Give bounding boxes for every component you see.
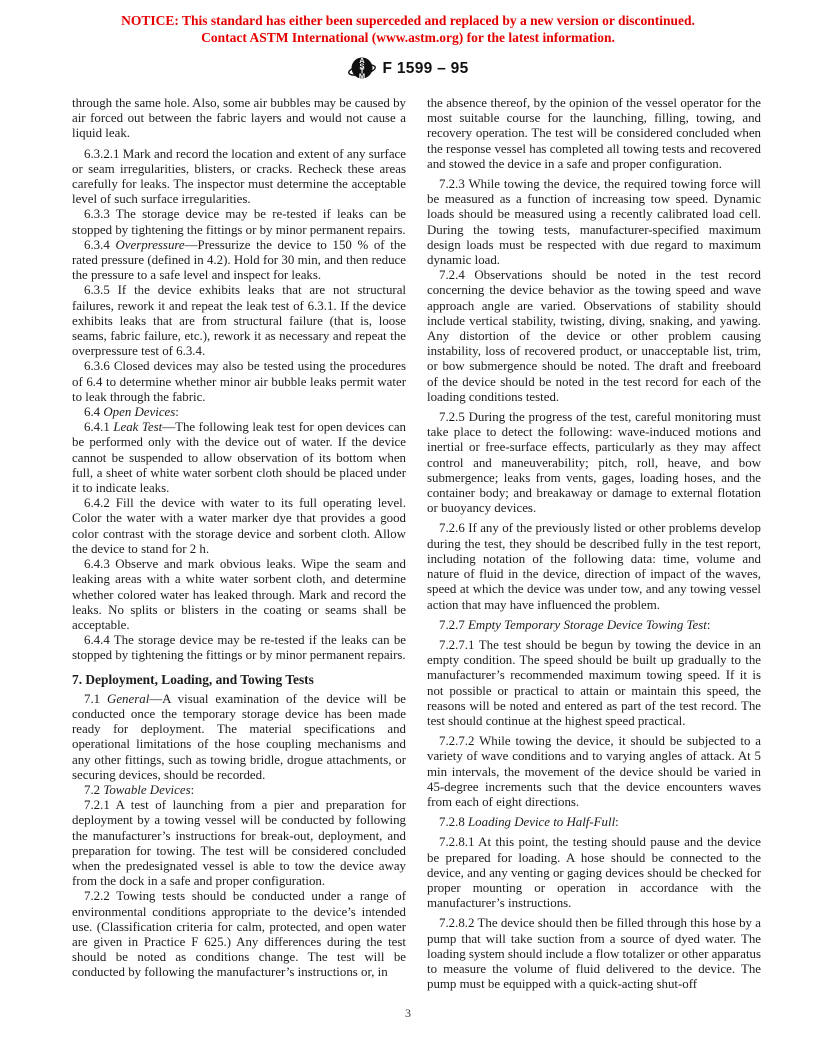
left-column: through the same hole. Also, some air bu… [72, 96, 406, 992]
paragraph: 6.3.3 The storage device may be re-teste… [72, 207, 406, 237]
discontinuation-notice: NOTICE: This standard has either been su… [0, 12, 816, 46]
paragraph: 6.4.3 Observe and mark obvious leaks. Wi… [72, 557, 406, 633]
paragraph: 7.2.7 Empty Temporary Storage Device Tow… [427, 618, 761, 633]
svg-text:M: M [359, 72, 365, 81]
right-column: the absence thereof, by the opinion of t… [427, 96, 761, 992]
paragraph: 7.2.3 While towing the device, the requi… [427, 177, 761, 268]
document-body: through the same hole. Also, some air bu… [0, 83, 816, 992]
paragraph: the absence thereof, by the opinion of t… [427, 96, 761, 172]
paragraph: 7.2.7.1 The test should be begun by towi… [427, 638, 761, 729]
paragraph: 7.2.7.2 While towing the device, it shou… [427, 734, 761, 810]
paragraph: 7.2.4 Observations should be noted in th… [427, 268, 761, 405]
document-header: A S T M F 1599 – 95 [0, 55, 816, 83]
notice-line-2: Contact ASTM International (www.astm.org… [0, 29, 816, 46]
paragraph: 6.4 Open Devices: [72, 405, 406, 420]
notice-line-1: NOTICE: This standard has either been su… [0, 12, 816, 29]
paragraph: 7.2.1 A test of launching from a pier an… [72, 798, 406, 889]
paragraph: through the same hole. Also, some air bu… [72, 96, 406, 142]
paragraph: 7.2.8.1 At this point, the testing shoul… [427, 835, 761, 911]
paragraph: 7.2 Towable Devices: [72, 783, 406, 798]
paragraph: 7.2.8 Loading Device to Half-Full: [427, 815, 761, 830]
paragraph: 6.3.4 Overpressure—Pressurize the device… [72, 238, 406, 284]
document-page: NOTICE: This standard has either been su… [0, 0, 816, 1056]
paragraph: 7.1 General—A visual examination of the … [72, 692, 406, 783]
paragraph: 7.2.8.2 The device should then be filled… [427, 916, 761, 992]
section-heading: 7. Deployment, Loading, and Towing Tests [72, 672, 406, 687]
paragraph: 6.4.2 Fill the device with water to its … [72, 496, 406, 557]
paragraph: 6.3.6 Closed devices may also be tested … [72, 359, 406, 405]
paragraph: 6.3.5 If the device exhibits leaks that … [72, 283, 406, 359]
standard-designation: F 1599 – 95 [382, 60, 468, 78]
page-number: 3 [0, 1006, 816, 1021]
paragraph: 6.4.1 Leak Test—The following leak test … [72, 420, 406, 496]
paragraph: 7.2.6 If any of the previously listed or… [427, 521, 761, 612]
paragraph: 6.4.4 The storage device may be re-teste… [72, 633, 406, 663]
paragraph: 7.2.5 During the progress of the test, c… [427, 410, 761, 516]
paragraph: 7.2.2 Towing tests should be conducted u… [72, 889, 406, 980]
astm-logo-icon: A S T M [347, 55, 377, 83]
paragraph: 6.3.2.1 Mark and record the location and… [72, 147, 406, 208]
